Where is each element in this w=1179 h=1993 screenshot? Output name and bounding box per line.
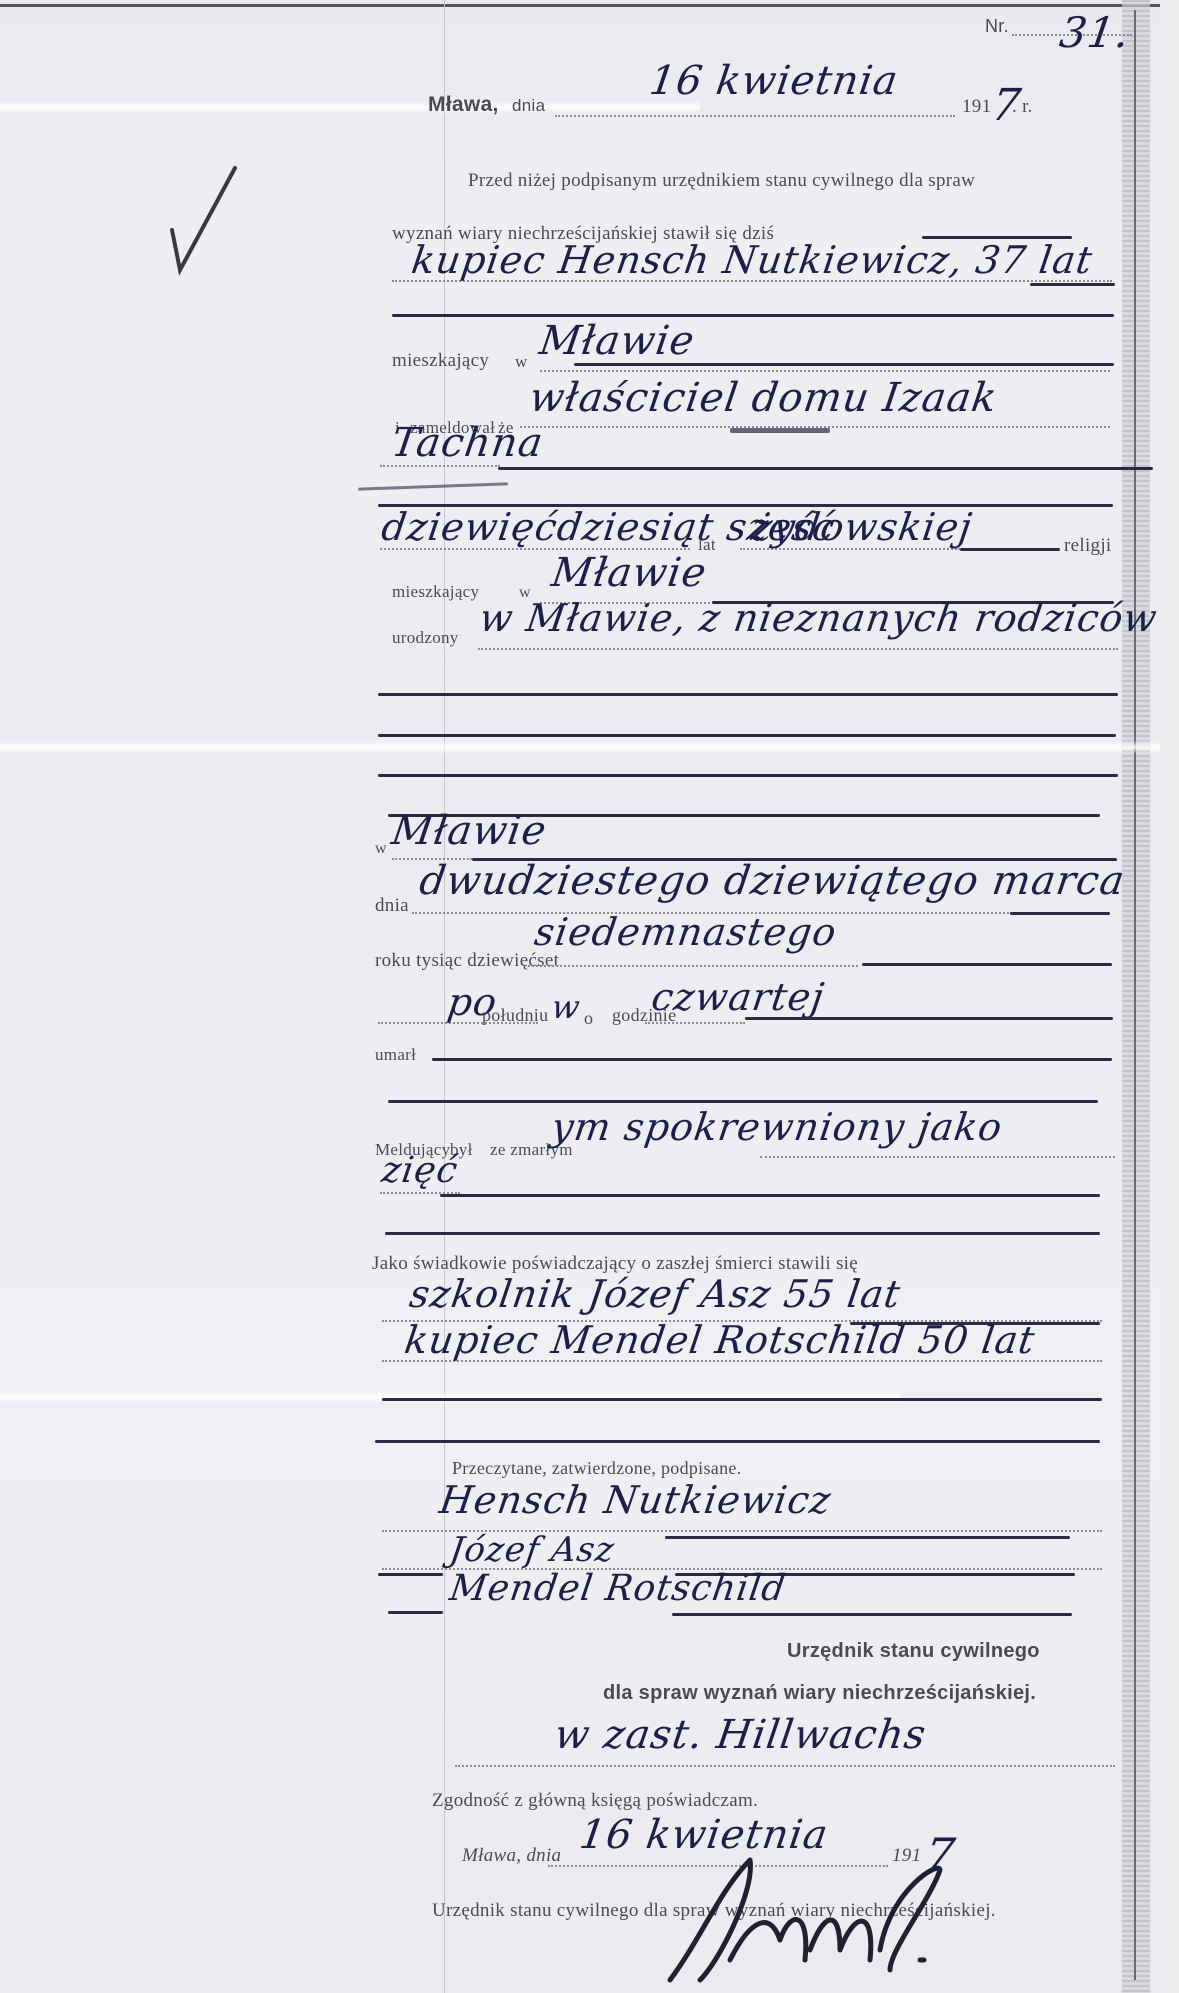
death-place: Mławie bbox=[389, 808, 550, 854]
certification-place: Mława, dnia bbox=[462, 1845, 561, 1867]
death-o-label: o bbox=[584, 1008, 593, 1029]
declarant-residing: Mławie bbox=[537, 318, 698, 364]
header-year-prefix: 191 bbox=[962, 96, 991, 118]
fold-crease bbox=[0, 100, 700, 114]
death-w-handwritten: w bbox=[549, 988, 583, 1026]
fill-line bbox=[392, 314, 1114, 317]
signature-3: Mendel Rotschild bbox=[447, 1568, 789, 1609]
deceased-residing-label: mieszkający bbox=[392, 582, 479, 602]
fill-line bbox=[1030, 283, 1115, 286]
fill-line bbox=[862, 963, 1112, 966]
declarant-reported-1: właściciel domu Izaak bbox=[527, 375, 1001, 421]
signatures-label: Przeczytane, zatwierdzone, podpisane. bbox=[452, 1458, 741, 1479]
official-signature-scrawl bbox=[640, 1850, 960, 1990]
fill-line bbox=[432, 1058, 1112, 1061]
record-number: 31. bbox=[1057, 8, 1134, 57]
record-number-label: Nr. bbox=[985, 16, 1009, 37]
checkmark-icon bbox=[160, 160, 240, 280]
dotted-line bbox=[645, 1022, 745, 1024]
signature-2: Józef Asz bbox=[447, 1530, 617, 1570]
death-umarl-label: umarł bbox=[375, 1045, 416, 1065]
header-r-label: . r. bbox=[1012, 96, 1033, 118]
fill-line bbox=[385, 1232, 1100, 1235]
deceased-residing: Mławie bbox=[549, 550, 710, 596]
right-rule bbox=[1134, 10, 1136, 1980]
fill-line bbox=[378, 734, 1116, 737]
fill-line bbox=[574, 363, 1114, 366]
official-title-2: dla spraw wyznań wiary niechrześcijański… bbox=[603, 1682, 1036, 1705]
relation-handwritten-1: ym spokrewniony jako bbox=[549, 1105, 1006, 1149]
death-hour: czwartej bbox=[649, 975, 827, 1019]
fold-crease bbox=[0, 740, 1160, 754]
witness-1: szkolnik Józef Asz 55 lat bbox=[407, 1272, 904, 1316]
signature-1: Hensch Nutkiewicz bbox=[437, 1478, 834, 1522]
declarant-residing-label: mieszkający bbox=[392, 350, 489, 372]
fill-line bbox=[382, 1398, 1102, 1401]
dotted-line bbox=[528, 965, 858, 967]
death-poludniu-label: południu bbox=[482, 1005, 548, 1026]
fill-line bbox=[665, 1536, 1070, 1539]
fill-line bbox=[378, 1573, 443, 1576]
header-dnia-label: dnia bbox=[512, 96, 545, 116]
deceased-religion: żydowskiej bbox=[749, 505, 975, 549]
margin-rule bbox=[444, 0, 445, 1993]
fill-line bbox=[388, 1611, 443, 1614]
certification-text: Zgodność z główną księgą poświadczam. bbox=[432, 1790, 758, 1812]
death-day: dwudziestego dziewiątego marca bbox=[417, 858, 1128, 904]
dotted-line bbox=[478, 648, 1118, 650]
fill-line bbox=[745, 1017, 1113, 1020]
fill-line bbox=[1010, 912, 1110, 915]
declarant-name: kupiec Hensch Nutkiewicz, 37 lat bbox=[409, 238, 1096, 282]
death-w-label: w bbox=[375, 840, 387, 858]
deceased-religion-label: religji bbox=[1064, 535, 1111, 557]
intro-line-1: Przed niżej podpisanym urzędnikiem stanu… bbox=[468, 170, 975, 192]
header-date: 16 kwietnia bbox=[647, 58, 901, 104]
fill-line bbox=[378, 693, 1118, 696]
fill-line bbox=[440, 1194, 1100, 1197]
fill-line bbox=[672, 1613, 1072, 1616]
document-page: Nr. 31. Mława, dnia 16 kwietnia 191 7 . … bbox=[0, 0, 1160, 1993]
fill-line bbox=[960, 548, 1060, 551]
fill-line bbox=[375, 1440, 1100, 1443]
declarant-reported-2: Tachna bbox=[389, 420, 547, 466]
official-signature: w zast. Hillwachs bbox=[552, 1712, 929, 1758]
deceased-born: w Mławie, z nieznanych rodziców bbox=[477, 596, 1160, 640]
official-title-1: Urzędnik stanu cywilnego bbox=[787, 1640, 1040, 1663]
fill-line bbox=[388, 1100, 1098, 1103]
deceased-born-label: urodzony bbox=[392, 628, 459, 648]
underline-mark bbox=[730, 428, 830, 433]
top-border bbox=[0, 4, 1160, 7]
dotted-line bbox=[455, 1765, 1115, 1767]
fold-crease bbox=[0, 1390, 900, 1404]
death-dnia-label: dnia bbox=[375, 895, 409, 917]
dotted-line bbox=[540, 370, 1110, 372]
relation-handwritten-2: zięć bbox=[379, 1150, 461, 1191]
dotted-line bbox=[760, 1156, 1115, 1158]
declarant-residing-w: w bbox=[515, 352, 528, 372]
header-place: Mława, bbox=[428, 93, 499, 117]
paper-edge bbox=[1122, 0, 1150, 1993]
dotted-line bbox=[555, 115, 955, 117]
fill-line bbox=[498, 467, 1153, 470]
fill-line bbox=[378, 774, 1118, 777]
fill-line bbox=[358, 482, 508, 490]
death-year: siedemnastego bbox=[532, 910, 840, 954]
witness-2: kupiec Mendel Rotschild 50 lat bbox=[402, 1318, 1038, 1362]
